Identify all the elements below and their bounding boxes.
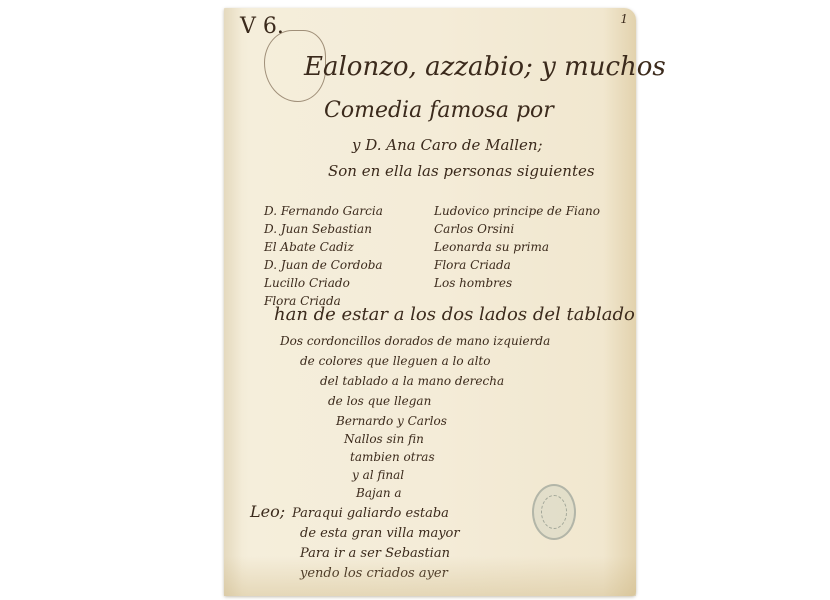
verse-line: y al final: [352, 468, 404, 482]
author-line: y D. Ana Caro de Mallen;: [352, 136, 543, 154]
cast-item: Carlos Orsini: [434, 222, 514, 236]
manuscript-page: V 6. 1 Ealonzo, azzabio; y muchos Comedi…: [224, 8, 636, 596]
cast-item: El Abate Cadiz: [264, 240, 354, 254]
verse-line: del tablado a la mano derecha: [320, 374, 504, 388]
verse-line: de colores que lleguen a lo alto: [300, 354, 490, 368]
verse-line: Bernardo y Carlos: [336, 414, 447, 428]
speaker-label: Leo;: [250, 502, 285, 521]
verse-line: de los que llegan: [328, 394, 431, 408]
cast-item: D. Juan de Cordoba: [264, 258, 383, 272]
verse-line: Dos cordoncillos dorados de mano izquier…: [280, 334, 550, 348]
verse-line: de esta gran villa mayor: [300, 526, 460, 541]
verse-line: yendo los criados ayer: [300, 566, 448, 581]
title-line-1: Ealonzo, azzabio; y muchos: [304, 52, 666, 82]
page-number: 1: [620, 12, 628, 26]
cast-item: Leonarda su prima: [434, 240, 549, 254]
title-line-2: Comedia famosa por: [324, 98, 554, 123]
cast-item: D. Fernando Garcia: [264, 204, 383, 218]
cast-item: Lucillo Criado: [264, 276, 350, 290]
library-stamp-icon: [532, 484, 576, 540]
verse-line: Bajan a: [356, 486, 402, 500]
verse-line: Para ir a ser Sebastian: [300, 546, 450, 561]
verse-line: Paraqui galiardo estaba: [292, 506, 449, 521]
cast-item: D. Juan Sebastian: [264, 222, 372, 236]
cast-item: Los hombres: [434, 276, 512, 290]
cast-item: Flora Criada: [434, 258, 511, 272]
cast-item: Ludovico principe de Fiano: [434, 204, 600, 218]
verse-line: Nallos sin fin: [344, 432, 424, 446]
verse-line: tambien otras: [350, 450, 435, 464]
personas-heading: Son en ella las personas siguientes: [328, 162, 595, 180]
stage-direction: han de estar a los dos lados del tablado: [274, 304, 635, 325]
